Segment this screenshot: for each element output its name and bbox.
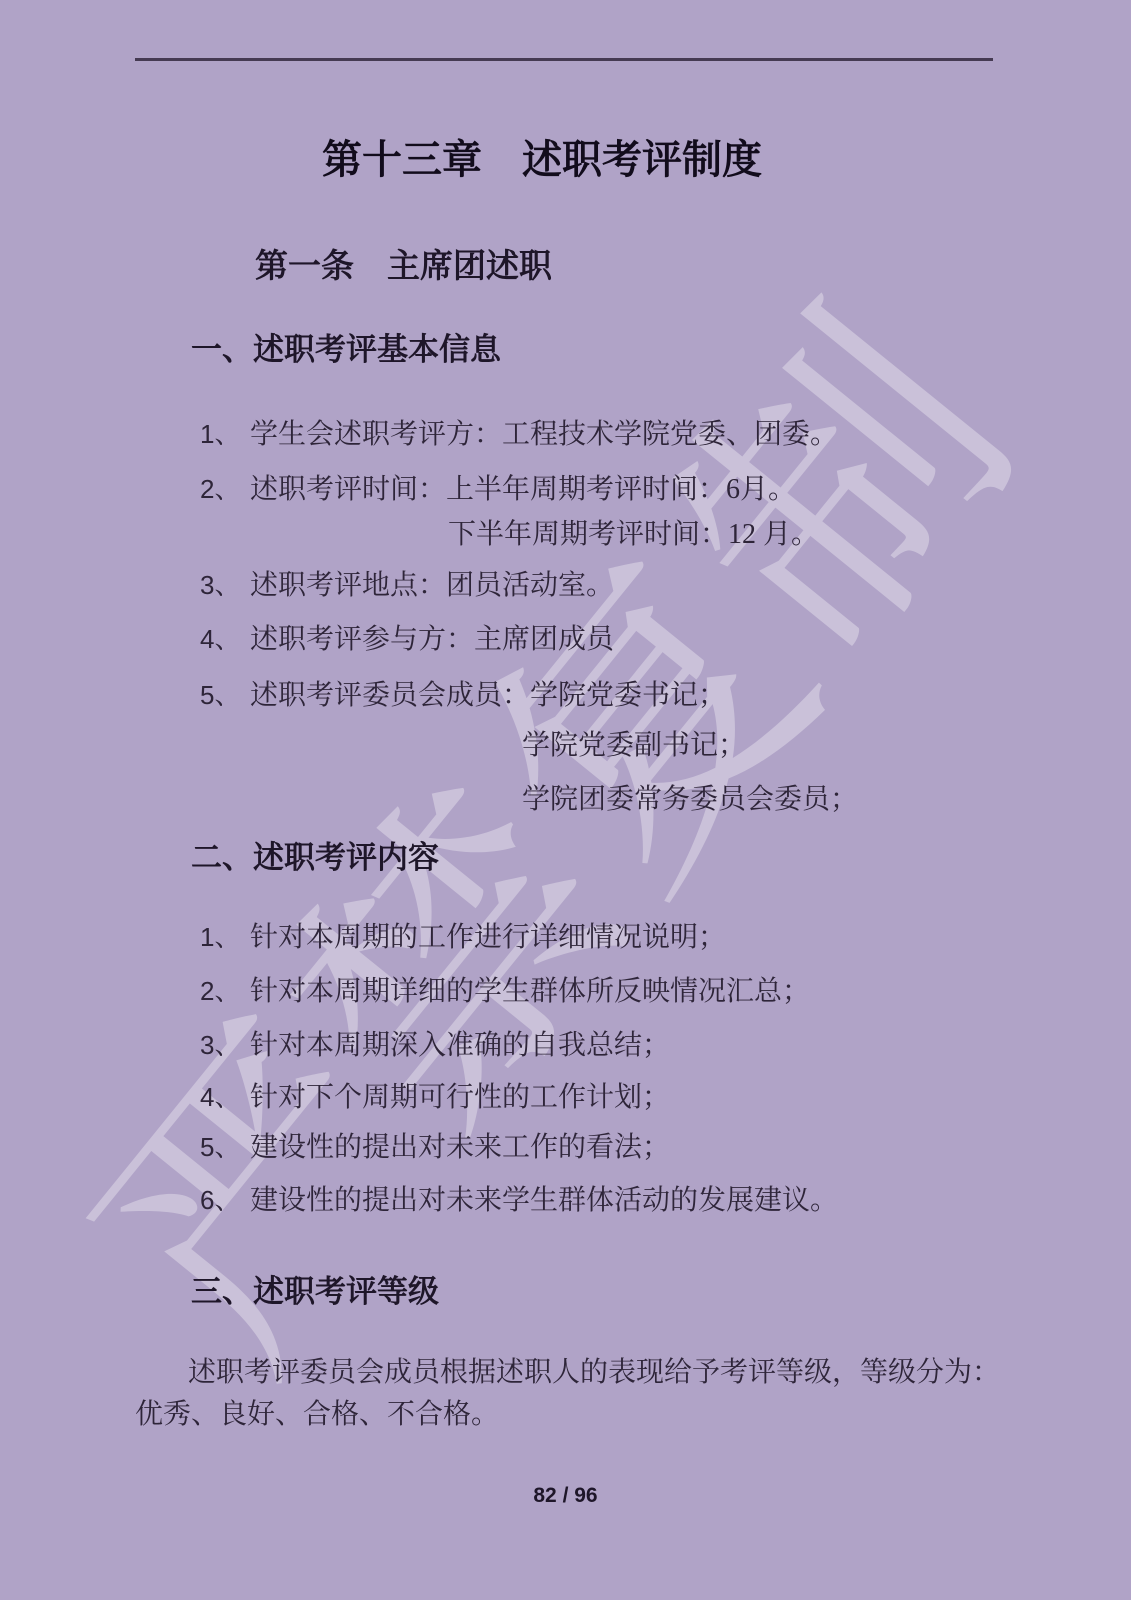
- list-item: 6、建设性的提出对未来学生群体活动的发展建议。: [200, 1185, 838, 1217]
- section-heading-1: 一、述职考评基本信息: [191, 334, 501, 365]
- item-text: 建设性的提出对未来工作的看法；: [250, 1132, 670, 1163]
- item-continuation: 学院团委常务委员会委员；: [522, 784, 858, 816]
- item-number: 3、: [200, 571, 250, 601]
- item-number: 1、: [200, 923, 250, 953]
- article-heading: 第一条 主席团述职: [255, 251, 552, 284]
- item-number: 1、: [200, 420, 250, 450]
- list-item: 5、述职考评委员会成员：学院党委书记；: [200, 680, 726, 712]
- list-item: 1、学生会述职考评方：工程技术学院党委、团委。: [200, 419, 838, 451]
- item-number: 4、: [200, 1083, 250, 1113]
- item-number: 5、: [200, 681, 250, 711]
- item-continuation: 下半年周期考评时间：12 月。: [448, 519, 819, 551]
- section-label: 二、: [191, 842, 253, 873]
- item-text: 针对下个周期可行性的工作计划；: [250, 1082, 670, 1113]
- list-item: 2、述职考评时间：上半年周期考评时间：6月。: [200, 474, 796, 506]
- section-label: 三、: [191, 1276, 253, 1307]
- item-text: 针对本周期的工作进行详细情况说明；: [250, 922, 726, 953]
- list-item: 4、述职考评参与方：主席团成员: [200, 624, 614, 656]
- page-number: 82 / 96: [0, 1484, 1131, 1508]
- section-heading-3: 三、述职考评等级: [191, 1276, 439, 1307]
- item-text: 学生会述职考评方：工程技术学院党委、团委。: [250, 419, 838, 450]
- list-item: 3、针对本周期深入准确的自我总结；: [200, 1030, 670, 1062]
- section-title: 述职考评等级: [253, 1274, 439, 1309]
- item-number: 6、: [200, 1186, 250, 1216]
- item-continuation: 学院党委副书记；: [522, 730, 746, 762]
- section-title: 述职考评基本信息: [253, 332, 501, 367]
- item-text: 述职考评委员会成员：学院党委书记；: [250, 680, 726, 711]
- item-number: 4、: [200, 625, 250, 655]
- chapter-title: 第十三章 述职考评制度: [322, 140, 762, 180]
- section-label: 一、: [191, 334, 253, 365]
- document-page: 严禁复制 第十三章 述职考评制度 第一条 主席团述职 一、述职考评基本信息 1、…: [0, 0, 1131, 1600]
- item-number: 2、: [200, 475, 250, 505]
- item-number: 3、: [200, 1031, 250, 1061]
- paragraph-line: 述职考评委员会成员根据述职人的表现给予考评等级，等级分为：: [135, 1356, 1000, 1390]
- list-item: 5、建设性的提出对未来工作的看法；: [200, 1132, 670, 1164]
- list-item: 1、针对本周期的工作进行详细情况说明；: [200, 922, 726, 954]
- list-item: 4、针对下个周期可行性的工作计划；: [200, 1082, 670, 1114]
- item-text: 述职考评参与方：主席团成员: [250, 624, 614, 655]
- item-number: 2、: [200, 977, 250, 1007]
- item-text: 述职考评地点：团员活动室。: [250, 570, 614, 601]
- page-content: 第十三章 述职考评制度 第一条 主席团述职 一、述职考评基本信息 1、学生会述职…: [0, 0, 1131, 1600]
- item-text: 针对本周期详细的学生群体所反映情况汇总；: [250, 976, 810, 1007]
- section-heading-2: 二、述职考评内容: [191, 842, 439, 873]
- paragraph-line: 优秀、良好、合格、不合格。: [135, 1398, 499, 1432]
- list-item: 2、针对本周期详细的学生群体所反映情况汇总；: [200, 976, 810, 1008]
- list-item: 3、述职考评地点：团员活动室。: [200, 570, 614, 602]
- item-text: 针对本周期深入准确的自我总结；: [250, 1030, 670, 1061]
- section-title: 述职考评内容: [253, 840, 439, 875]
- item-text: 述职考评时间：上半年周期考评时间：6月。: [250, 474, 796, 505]
- item-text: 建设性的提出对未来学生群体活动的发展建议。: [250, 1185, 838, 1216]
- item-number: 5、: [200, 1133, 250, 1163]
